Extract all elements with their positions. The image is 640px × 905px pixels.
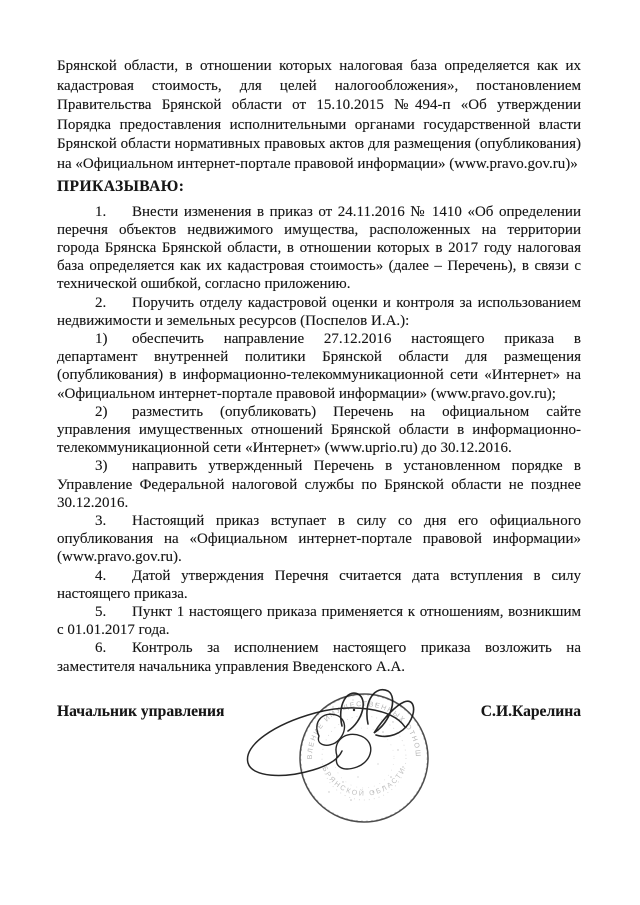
item-text: Пункт 1 настоящего приказа применяется к… — [57, 604, 581, 638]
item-text: Внести изменения в приказ от 24.11.2016 … — [57, 204, 581, 293]
signatory-name: С.И.Карелина — [481, 703, 581, 721]
item-text: Контроль за исполнением настоящего прика… — [57, 640, 581, 674]
item-text: Настоящий приказ вступает в силу со дня … — [57, 513, 581, 565]
order-item-4: 4.Датой утверждения Перечня считается да… — [57, 567, 581, 603]
item-number: 1) — [95, 330, 132, 348]
item-text: Поручить отделу кадастровой оценки и кон… — [57, 295, 581, 329]
item-text: направить утвержденный Перечень в устано… — [57, 458, 581, 510]
signatory-title: Начальник управления — [57, 703, 224, 721]
stamp-arc-bottom-text: БРЯНСКОЙ ОБЛАСТИ — [320, 766, 407, 798]
item-text: обеспечить направление 27.12.2016 настоя… — [57, 331, 581, 402]
document-page: Брянской области, в отношении которых на… — [0, 0, 640, 905]
item-number: 3. — [95, 512, 132, 530]
directive-heading: ПРИКАЗЫВАЮ: — [57, 178, 581, 196]
item-number: 5. — [95, 603, 132, 621]
order-subitem-1: 1)обеспечить направление 27.12.2016 наст… — [57, 330, 581, 403]
svg-text:БРЯНСКОЙ ОБЛАСТИ: БРЯНСКОЙ ОБЛАСТИ — [320, 766, 407, 798]
item-number: 1. — [95, 203, 132, 221]
signature-block: Начальник управления С.И.Карелина — [57, 703, 581, 721]
item-number: 2) — [95, 403, 132, 421]
item-text: разместить (опубликовать) Перечень на оф… — [57, 404, 581, 456]
document-body: Брянской области, в отношении которых на… — [57, 57, 581, 721]
item-text: Датой утверждения Перечня считается дата… — [57, 568, 581, 602]
order-item-5: 5.Пункт 1 настоящего приказа применяется… — [57, 603, 581, 639]
order-subitem-3: 3)направить утвержденный Перечень в уста… — [57, 457, 581, 512]
item-number: 2. — [95, 294, 132, 312]
item-number: 6. — [95, 639, 132, 657]
order-item-3: 3.Настоящий приказ вступает в силу со дн… — [57, 512, 581, 567]
order-item-1: 1.Внести изменения в приказ от 24.11.201… — [57, 203, 581, 294]
order-item-2: 2.Поручить отделу кадастровой оценки и к… — [57, 294, 581, 330]
order-subitem-2: 2)разместить (опубликовать) Перечень на … — [57, 403, 581, 458]
order-items: 1.Внести изменения в приказ от 24.11.201… — [57, 203, 581, 676]
intro-paragraph: Брянской области, в отношении которых на… — [57, 57, 581, 175]
order-item-6: 6.Контроль за исполнением настоящего при… — [57, 639, 581, 675]
item-number: 3) — [95, 457, 132, 475]
item-number: 4. — [95, 567, 132, 585]
